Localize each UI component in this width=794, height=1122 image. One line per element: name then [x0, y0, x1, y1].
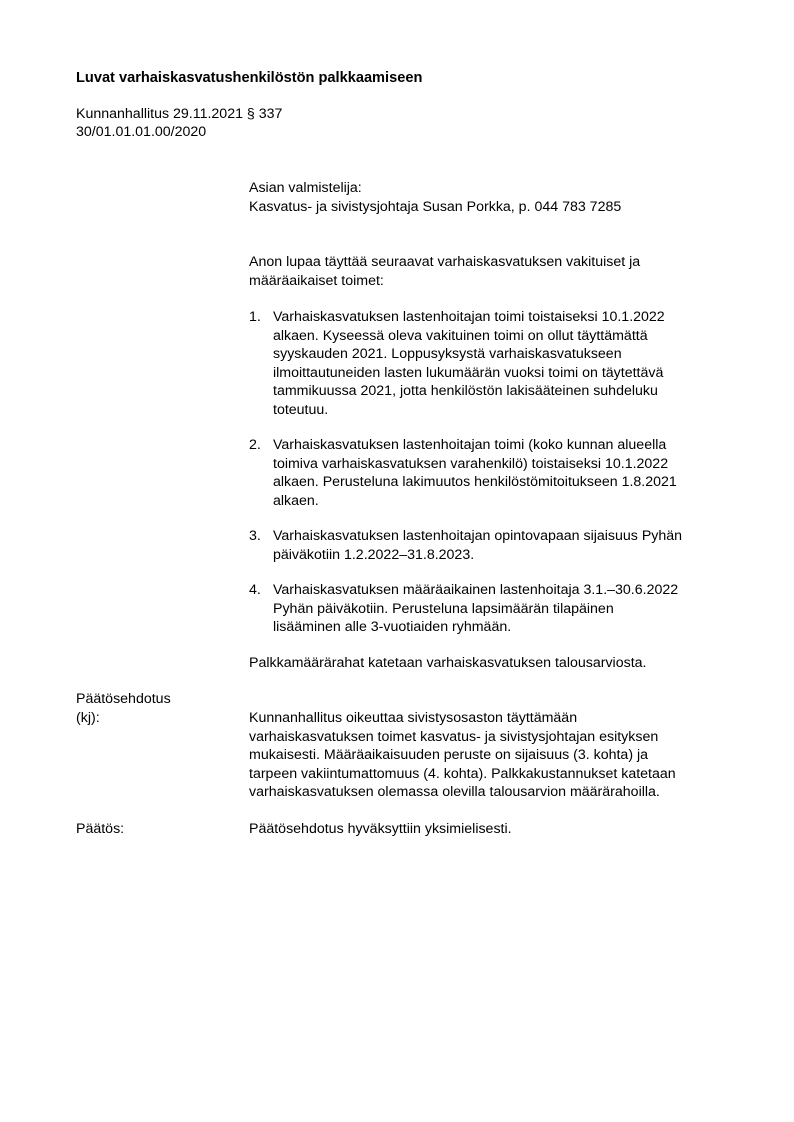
proposal-label: Päätösehdotus	[76, 690, 171, 709]
preparer: Kasvatus- ja sivistysjohtaja Susan Porkk…	[249, 198, 621, 217]
funding-statement: Palkkamäärärahat katetaan varhaiskasvatu…	[249, 654, 646, 673]
item-line: lisääminen alle 3-vuotiaiden ryhmään.	[273, 618, 678, 637]
document-title: Luvat varhaiskasvatushenkilöstön palkkaa…	[76, 69, 422, 88]
item-line: tammikuussa 2021, jotta henkilöstön laki…	[273, 382, 665, 401]
item-number: 3.	[249, 527, 261, 546]
proposal-paragraph: Kunnanhallitus oikeuttaa sivistysosaston…	[249, 709, 749, 802]
proposal-line: mukaisesti. Määräaikaisuuden peruste on …	[249, 746, 749, 765]
intro-paragraph: Anon lupaa täyttää seuraavat varhaiskasv…	[249, 253, 749, 290]
item-number: 1.	[249, 308, 261, 327]
item-line: toimiva varhaiskasvatuksen varahenkilö) …	[273, 455, 677, 474]
preparer-label: Asian valmistelija:	[249, 179, 362, 198]
proposal-line: tarpeen vakiintumattomuus (4. kohta). Pa…	[249, 765, 749, 784]
proposal-line: varhaiskasvatuksen olemassa olevilla tal…	[249, 783, 749, 802]
decision-label: Päätös:	[76, 820, 124, 839]
intro-line: määräaikaiset toimet:	[249, 272, 749, 291]
record-id: 30/01.01.01.00/2020	[76, 123, 206, 142]
item-line: alkaen. Kyseessä oleva vakituinen toimi …	[273, 327, 665, 346]
item-line: päiväkotiin 1.2.2022–31.8.2023.	[273, 546, 682, 565]
item-line: Varhaiskasvatuksen lastenhoitajan opinto…	[273, 527, 682, 546]
item-line: syyskauden 2021. Loppusyksystä varhaiska…	[273, 345, 665, 364]
decision-text: Päätösehdotus hyväksyttiin yksimielisest…	[249, 820, 512, 839]
item-line: ilmoittautuneiden lasten lukumäärän vuok…	[273, 364, 665, 383]
proposal-line: Kunnanhallitus oikeuttaa sivistysosaston…	[249, 709, 749, 728]
proposal-label-kj: (kj):	[76, 709, 100, 728]
meeting-reference: Kunnanhallitus 29.11.2021 § 337	[76, 105, 282, 124]
item-number: 2.	[249, 436, 261, 455]
item-line: toteutuu.	[273, 401, 665, 420]
item-line: alkaen.	[273, 492, 677, 511]
item-line: Varhaiskasvatuksen määräaikainen lastenh…	[273, 581, 678, 600]
item-number: 4.	[249, 581, 261, 600]
item-line: Pyhän päiväkotiin. Perusteluna lapsimäär…	[273, 600, 678, 619]
item-line: Varhaiskasvatuksen lastenhoitajan toimi …	[273, 436, 677, 455]
item-line: Varhaiskasvatuksen lastenhoitajan toimi …	[273, 308, 665, 327]
proposal-line: varhaiskasvatuksen toimet kasvatus- ja s…	[249, 728, 749, 747]
item-line: alkaen. Perusteluna lakimuutos henkilöst…	[273, 473, 677, 492]
intro-line: Anon lupaa täyttää seuraavat varhaiskasv…	[249, 253, 749, 272]
